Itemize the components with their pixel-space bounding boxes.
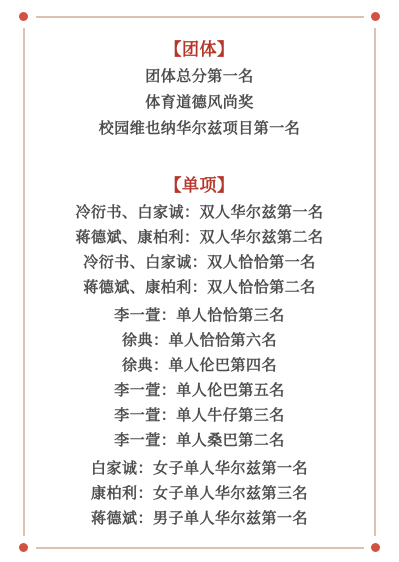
award-item: 徐典：单人伦巴第四名 xyxy=(0,353,399,378)
award-item: 李一萱：单人牛仔第三名 xyxy=(0,403,399,428)
section-title-team: 【团体】 xyxy=(0,40,399,60)
single-awards-group: 李一萱：单人恰恰第三名 徐典：单人恰恰第六名 徐典：单人伦巴第四名 李一萱：单人… xyxy=(0,303,399,453)
section-title-individual: 【单项】 xyxy=(0,176,399,196)
corner-dot-bottom-right xyxy=(371,543,380,552)
corner-dot-bottom-left xyxy=(19,543,28,552)
award-item: 体育道德风尚奖 xyxy=(0,90,399,116)
corner-dot-top-left xyxy=(19,12,28,21)
award-item: 团体总分第一名 xyxy=(0,64,399,90)
award-item: 李一萱：单人伦巴第五名 xyxy=(0,378,399,403)
gender-single-awards-group: 白家诚：女子单人华尔兹第一名 康柏利：女子单人华尔兹第三名 蒋德斌：男子单人华尔… xyxy=(0,456,399,531)
award-item: 蒋德斌：男子单人华尔兹第一名 xyxy=(0,506,399,531)
awards-notice: 【团体】 团体总分第一名 体育道德风尚奖 校园维也纳华尔兹项目第一名 【单项】 … xyxy=(0,40,399,531)
award-item: 蒋德斌、康柏利：双人恰恰第二名 xyxy=(0,275,399,300)
award-item: 康柏利：女子单人华尔兹第三名 xyxy=(0,481,399,506)
award-item: 蒋德斌、康柏利：双人华尔兹第二名 xyxy=(0,225,399,250)
corner-dot-top-right xyxy=(371,12,380,21)
award-item: 徐典：单人恰恰第六名 xyxy=(0,328,399,353)
award-item: 李一萱：单人恰恰第三名 xyxy=(0,303,399,328)
couple-awards-group: 冷衍书、白家诚：双人华尔兹第一名 蒋德斌、康柏利：双人华尔兹第二名 冷衍书、白家… xyxy=(0,200,399,300)
section-team: 【团体】 团体总分第一名 体育道德风尚奖 校园维也纳华尔兹项目第一名 xyxy=(0,40,399,142)
award-item: 李一萱：单人桑巴第二名 xyxy=(0,428,399,453)
team-award-list: 团体总分第一名 体育道德风尚奖 校园维也纳华尔兹项目第一名 xyxy=(0,64,399,142)
award-item: 冷衍书、白家诚：双人华尔兹第一名 xyxy=(0,200,399,225)
award-item: 校园维也纳华尔兹项目第一名 xyxy=(0,116,399,142)
award-item: 冷衍书、白家诚：双人恰恰第一名 xyxy=(0,250,399,275)
border-line-bottom xyxy=(36,547,364,549)
award-item: 白家诚：女子单人华尔兹第一名 xyxy=(0,456,399,481)
section-individual: 【单项】 冷衍书、白家诚：双人华尔兹第一名 蒋德斌、康柏利：双人华尔兹第二名 冷… xyxy=(0,176,399,531)
border-line-top xyxy=(36,16,364,18)
